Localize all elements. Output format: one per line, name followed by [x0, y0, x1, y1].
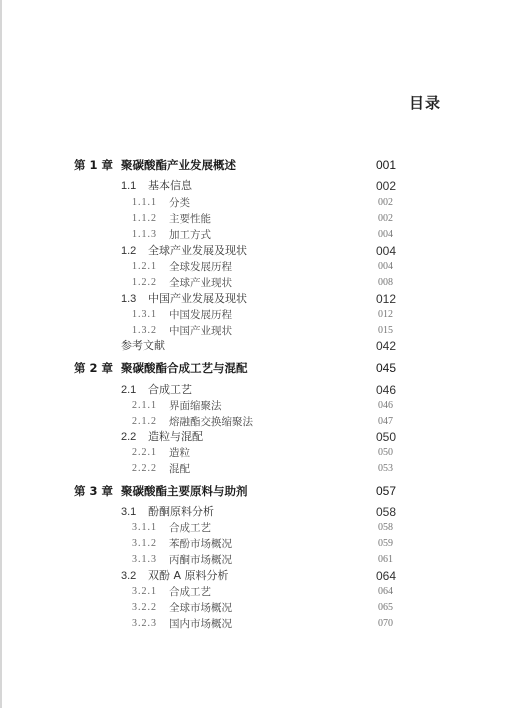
- toc-entry-title: 合成工艺: [148, 382, 192, 398]
- toc-entry-page-number: 064: [376, 568, 396, 584]
- toc-subsection-entry[interactable]: 3.1.2苯酚市场概况059: [0, 536, 506, 552]
- toc-entry-page-number: 046: [376, 382, 396, 398]
- toc-entry-page-number: 012: [378, 307, 393, 323]
- toc-entry-title: 加工方式: [169, 227, 211, 243]
- toc-chapter-entry[interactable]: 第 2 章聚碳酸酯合成工艺与混配045: [0, 360, 506, 376]
- toc-entry-title: 混配: [169, 461, 190, 477]
- toc-subsection-entry[interactable]: 1.1.1分类002: [0, 195, 506, 211]
- toc-entry-title: 中国产业现状: [169, 323, 232, 339]
- toc-entry-number: 2.2.2: [132, 461, 157, 477]
- toc-entry-page-number: 042: [376, 338, 396, 354]
- toc-references-entry[interactable]: 参考文献042: [0, 338, 506, 354]
- toc-entry-number: 1.1: [121, 178, 136, 194]
- toc-subsection-entry[interactable]: 3.2.3国内市场概况070: [0, 616, 506, 632]
- toc-entry-number: 2.1: [121, 382, 136, 398]
- toc-entry-page-number: 002: [378, 211, 393, 227]
- toc-entry-number: 2.2.1: [132, 445, 157, 461]
- toc-entry-page-number: 070: [378, 616, 393, 632]
- toc-chapter-entry[interactable]: 第 1 章聚碳酸酯产业发展概述001: [0, 157, 506, 173]
- toc-section-entry[interactable]: 1.3中国产业发展及现状012: [0, 291, 506, 307]
- toc-entry-number: 1.1.2: [132, 211, 157, 227]
- toc-section-entry[interactable]: 2.1合成工艺046: [0, 382, 506, 398]
- toc-entry-title: 丙酮市场概况: [169, 552, 232, 568]
- toc-entry-title: 聚碳酸酯产业发展概述: [121, 157, 236, 173]
- toc-entry-number: 1.3: [121, 291, 136, 307]
- toc-entry-page-number: 046: [378, 398, 393, 414]
- toc-subsection-entry[interactable]: 1.3.2中国产业现状015: [0, 323, 506, 339]
- toc-entry-page-number: 058: [376, 504, 396, 520]
- toc-subsection-entry[interactable]: 2.2.1造粒050: [0, 445, 506, 461]
- toc-subsection-entry[interactable]: 2.1.2熔融酯交换缩聚法047: [0, 414, 506, 430]
- toc-entry-page-number: 002: [378, 195, 393, 211]
- toc-entry-page-number: 004: [376, 243, 396, 259]
- toc-entry-page-number: 050: [376, 429, 396, 445]
- toc-entry-number: 3.2: [121, 568, 136, 584]
- toc-subsection-entry[interactable]: 1.3.1中国发展历程012: [0, 307, 506, 323]
- toc-entry-number: 第 1 章: [74, 157, 113, 173]
- toc-entry-title: 分类: [169, 195, 190, 211]
- toc-entry-number: 1.3.2: [132, 323, 157, 339]
- toc-entry-title: 双酚 A 原料分析: [148, 568, 229, 584]
- toc-subsection-entry[interactable]: 3.2.1合成工艺064: [0, 584, 506, 600]
- toc-subsection-entry[interactable]: 3.1.3丙酮市场概况061: [0, 552, 506, 568]
- toc-entry-page-number: 061: [378, 552, 393, 568]
- toc-entry-page-number: 045: [376, 360, 396, 376]
- toc-section-entry[interactable]: 2.2造粒与混配050: [0, 429, 506, 445]
- toc-entry-page-number: 059: [378, 536, 393, 552]
- toc-entry-title: 苯酚市场概况: [169, 536, 232, 552]
- toc-entry-title: 造粒与混配: [148, 429, 203, 445]
- toc-entry-title: 中国发展历程: [169, 307, 232, 323]
- toc-title: 目录: [409, 92, 441, 113]
- toc-entry-number: 1.3.1: [132, 307, 157, 323]
- toc-subsection-entry[interactable]: 3.2.2全球市场概况065: [0, 600, 506, 616]
- toc-entry-page-number: 053: [378, 461, 393, 477]
- toc-subsection-entry[interactable]: 1.1.3加工方式004: [0, 227, 506, 243]
- toc-entry-page-number: 050: [378, 445, 393, 461]
- toc-entry-page-number: 001: [376, 157, 396, 173]
- toc-entry-title: 全球产业现状: [169, 275, 232, 291]
- toc-section-entry[interactable]: 1.2全球产业发展及现状004: [0, 243, 506, 259]
- toc-section-entry[interactable]: 3.1酚酮原料分析058: [0, 504, 506, 520]
- toc-entry-number: 1.1.3: [132, 227, 157, 243]
- toc-entry-number: 3.1.1: [132, 520, 157, 536]
- toc-entry-title: 国内市场概况: [169, 616, 232, 632]
- toc-entry-number: 2.2: [121, 429, 136, 445]
- toc-entry-page-number: 064: [378, 584, 393, 600]
- toc-entry-number: 3.2.2: [132, 600, 157, 616]
- toc-entry-page-number: 058: [378, 520, 393, 536]
- toc-entry-title: 酚酮原料分析: [148, 504, 214, 520]
- toc-entry-page-number: 002: [376, 178, 396, 194]
- toc-subsection-entry[interactable]: 1.1.2主要性能002: [0, 211, 506, 227]
- toc-entry-number: 第 3 章: [74, 483, 113, 499]
- toc-subsection-entry[interactable]: 3.1.1合成工艺058: [0, 520, 506, 536]
- toc-entry-number: 第 2 章: [74, 360, 113, 376]
- toc-section-entry[interactable]: 1.1基本信息002: [0, 178, 506, 194]
- toc-entry-title: 聚碳酸酯主要原料与助剂: [121, 483, 248, 499]
- toc-subsection-entry[interactable]: 2.1.1界面缩聚法046: [0, 398, 506, 414]
- toc-entry-title: 聚碳酸酯合成工艺与混配: [121, 360, 248, 376]
- toc-entry-number: 1.1.1: [132, 195, 157, 211]
- toc-entry-title: 合成工艺: [169, 584, 211, 600]
- toc-entry-page-number: 065: [378, 600, 393, 616]
- toc-entry-number: 3.1: [121, 504, 136, 520]
- toc-entry-title: 全球市场概况: [169, 600, 232, 616]
- toc-subsection-entry[interactable]: 1.2.1全球发展历程004: [0, 259, 506, 275]
- toc-entry-number: 3.2.1: [132, 584, 157, 600]
- toc-entry-number: 1.2.2: [132, 275, 157, 291]
- toc-entry-number: 2.1.1: [132, 398, 157, 414]
- toc-entry-title: 造粒: [169, 445, 190, 461]
- toc-entry-title: 全球产业发展及现状: [148, 243, 247, 259]
- toc-entry-number: 2.1.2: [132, 414, 157, 430]
- toc-entry-number: 3.1.3: [132, 552, 157, 568]
- toc-entry-page-number: 008: [378, 275, 393, 291]
- toc-entry-page-number: 047: [378, 414, 393, 430]
- toc-entry-page-number: 004: [378, 227, 393, 243]
- toc-entry-number: 1.2: [121, 243, 136, 259]
- toc-chapter-entry[interactable]: 第 3 章聚碳酸酯主要原料与助剂057: [0, 483, 506, 499]
- toc-entry-number: 3.1.2: [132, 536, 157, 552]
- toc-entry-title: 参考文献: [121, 338, 165, 354]
- toc-entry-number: 3.2.3: [132, 616, 157, 632]
- toc-entry-title: 全球发展历程: [169, 259, 232, 275]
- toc-entry-page-number: 004: [378, 259, 393, 275]
- toc-entry-title: 主要性能: [169, 211, 211, 227]
- toc-entry-page-number: 057: [376, 483, 396, 499]
- toc-entry-page-number: 012: [376, 291, 396, 307]
- toc-subsection-entry[interactable]: 1.2.2全球产业现状008: [0, 275, 506, 291]
- toc-entry-title: 中国产业发展及现状: [148, 291, 247, 307]
- toc-entry-number: 1.2.1: [132, 259, 157, 275]
- toc-entry-page-number: 015: [378, 323, 393, 339]
- toc-entry-title: 基本信息: [148, 178, 192, 194]
- toc-entry-title: 合成工艺: [169, 520, 211, 536]
- toc-section-entry[interactable]: 3.2双酚 A 原料分析064: [0, 568, 506, 584]
- toc-entry-title: 熔融酯交换缩聚法: [169, 414, 253, 430]
- toc-entry-title: 界面缩聚法: [169, 398, 222, 414]
- toc-subsection-entry[interactable]: 2.2.2混配053: [0, 461, 506, 477]
